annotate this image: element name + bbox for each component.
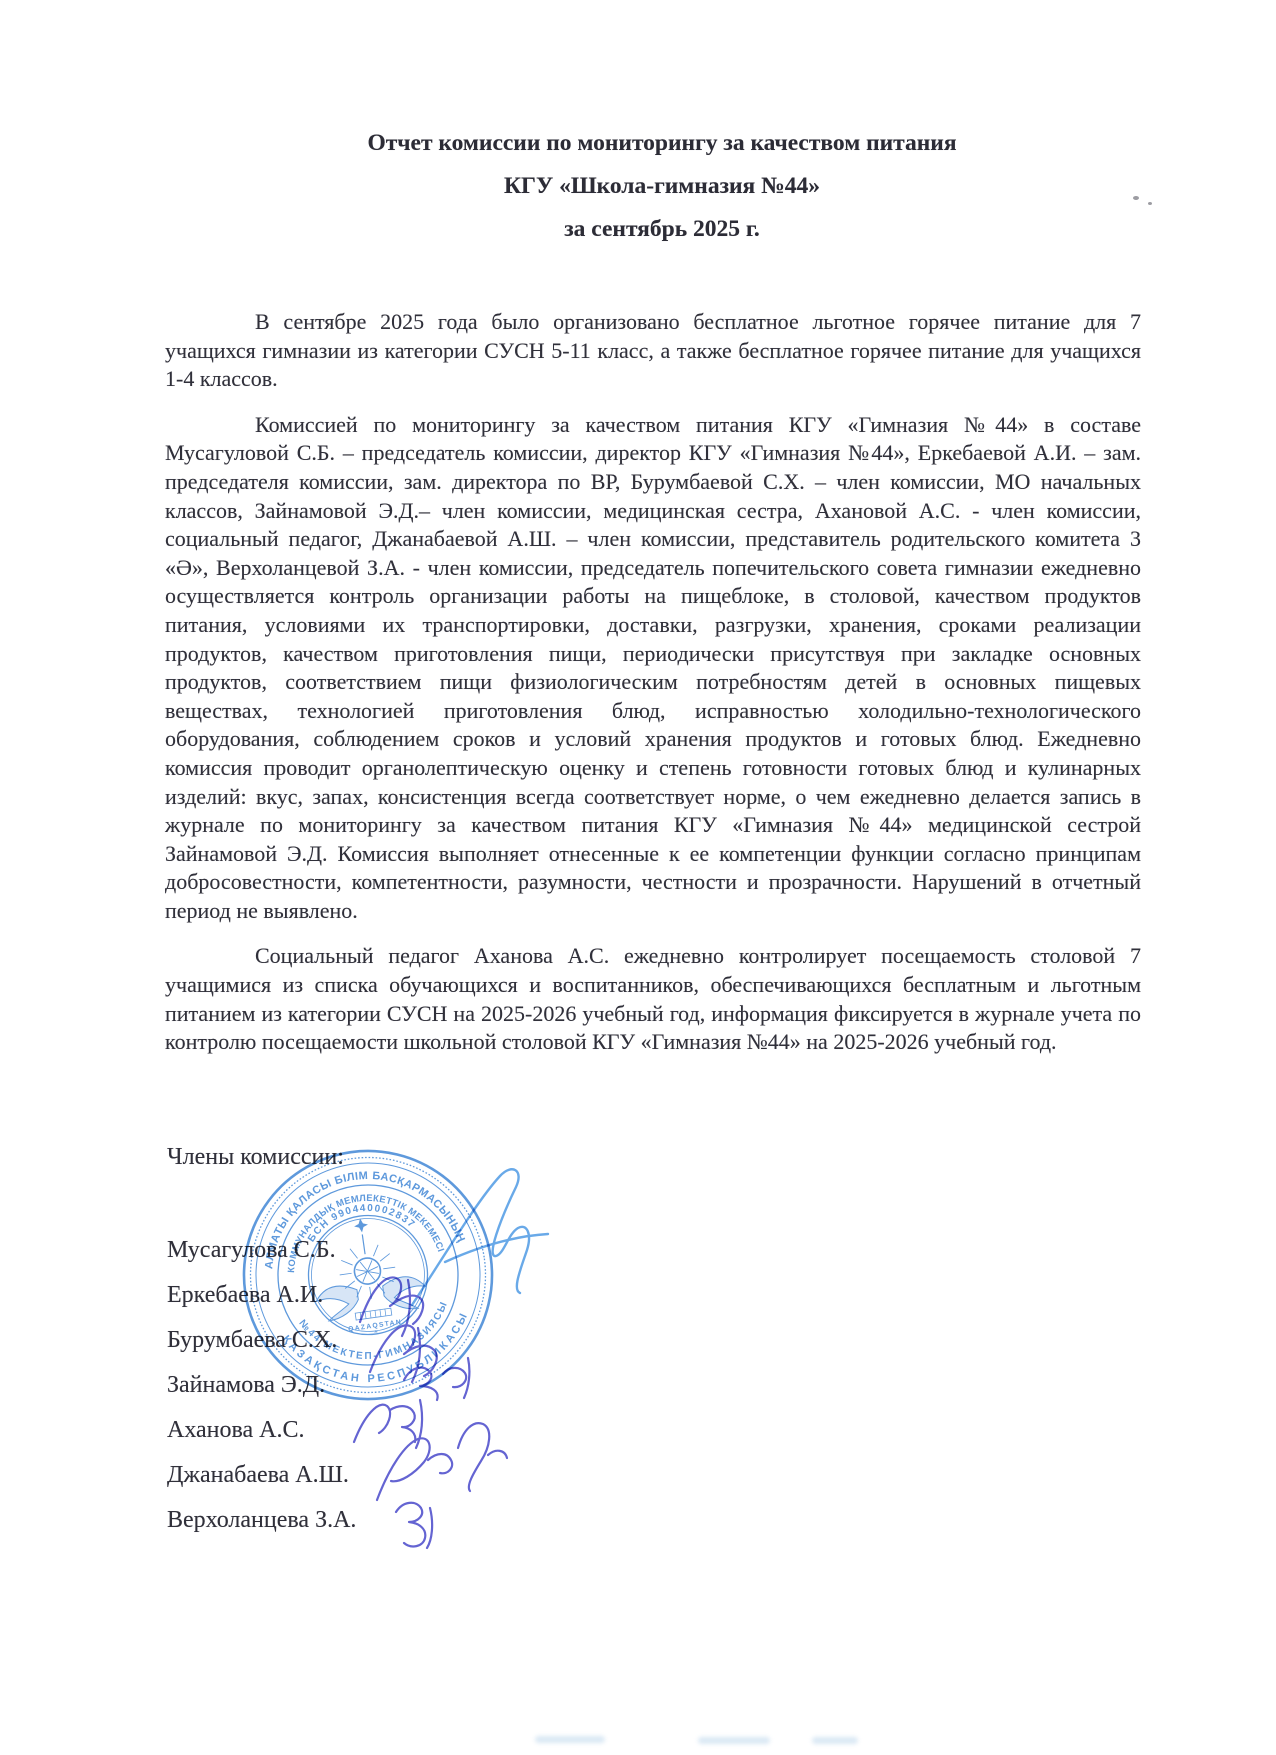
member-row: Аханова А.С. bbox=[167, 1408, 356, 1453]
scan-smudge bbox=[698, 1737, 770, 1744]
paragraph-1: В сентябре 2025 года было организовано б… bbox=[165, 308, 1141, 394]
signature-akhanova bbox=[354, 1400, 422, 1448]
title-line-2: КГУ «Школа-гимназия №44» bbox=[177, 165, 1147, 208]
scan-speck bbox=[1148, 202, 1152, 205]
member-row: Бурумбаева С.Х. bbox=[167, 1318, 356, 1363]
scan-smudge bbox=[812, 1737, 858, 1744]
member-row: Зайнамова Э.Д. bbox=[167, 1363, 356, 1408]
scanned-document-page: Отчет комиссии по мониторингу за качеств… bbox=[0, 0, 1276, 1755]
emblem-ornament-band bbox=[355, 1308, 392, 1320]
document-title-block: Отчет комиссии по мониторингу за качеств… bbox=[177, 122, 1147, 251]
signature-erkebaeva bbox=[360, 1277, 423, 1336]
scan-smudge bbox=[535, 1736, 605, 1743]
signature-janabaeva bbox=[377, 1423, 507, 1500]
member-row: Джанабаева А.Ш. bbox=[167, 1453, 356, 1498]
member-row: Мусагулова С.Б. bbox=[167, 1228, 356, 1273]
scan-speck bbox=[1133, 196, 1139, 200]
title-line-1: Отчет комиссии по мониторингу за качеств… bbox=[177, 122, 1147, 165]
signature-verkholantseva bbox=[396, 1503, 432, 1548]
signature-zainamova bbox=[404, 1358, 469, 1400]
signature-musagulova bbox=[412, 1169, 548, 1305]
member-row: Верхоланцева З.А. bbox=[167, 1498, 356, 1543]
members-list: Мусагулова С.Б. Еркебаева А.И. Бурумбаев… bbox=[167, 1228, 356, 1543]
emblem-right-wing bbox=[382, 1274, 428, 1313]
paragraph-2: Комиссией по мониторингу за качеством пи… bbox=[165, 411, 1141, 926]
signature-burumbaeva bbox=[370, 1325, 437, 1382]
member-row: Еркебаева А.И. bbox=[167, 1273, 356, 1318]
paragraph-3: Социальный педагог Аханова А.С. ежедневн… bbox=[165, 942, 1141, 1056]
title-line-3: за сентябрь 2025 г. bbox=[177, 208, 1147, 251]
document-body: В сентябре 2025 года было организовано б… bbox=[165, 308, 1141, 1057]
emblem-asterisk: * bbox=[374, 1328, 379, 1337]
members-heading: Члены комиссии: bbox=[167, 1142, 344, 1172]
